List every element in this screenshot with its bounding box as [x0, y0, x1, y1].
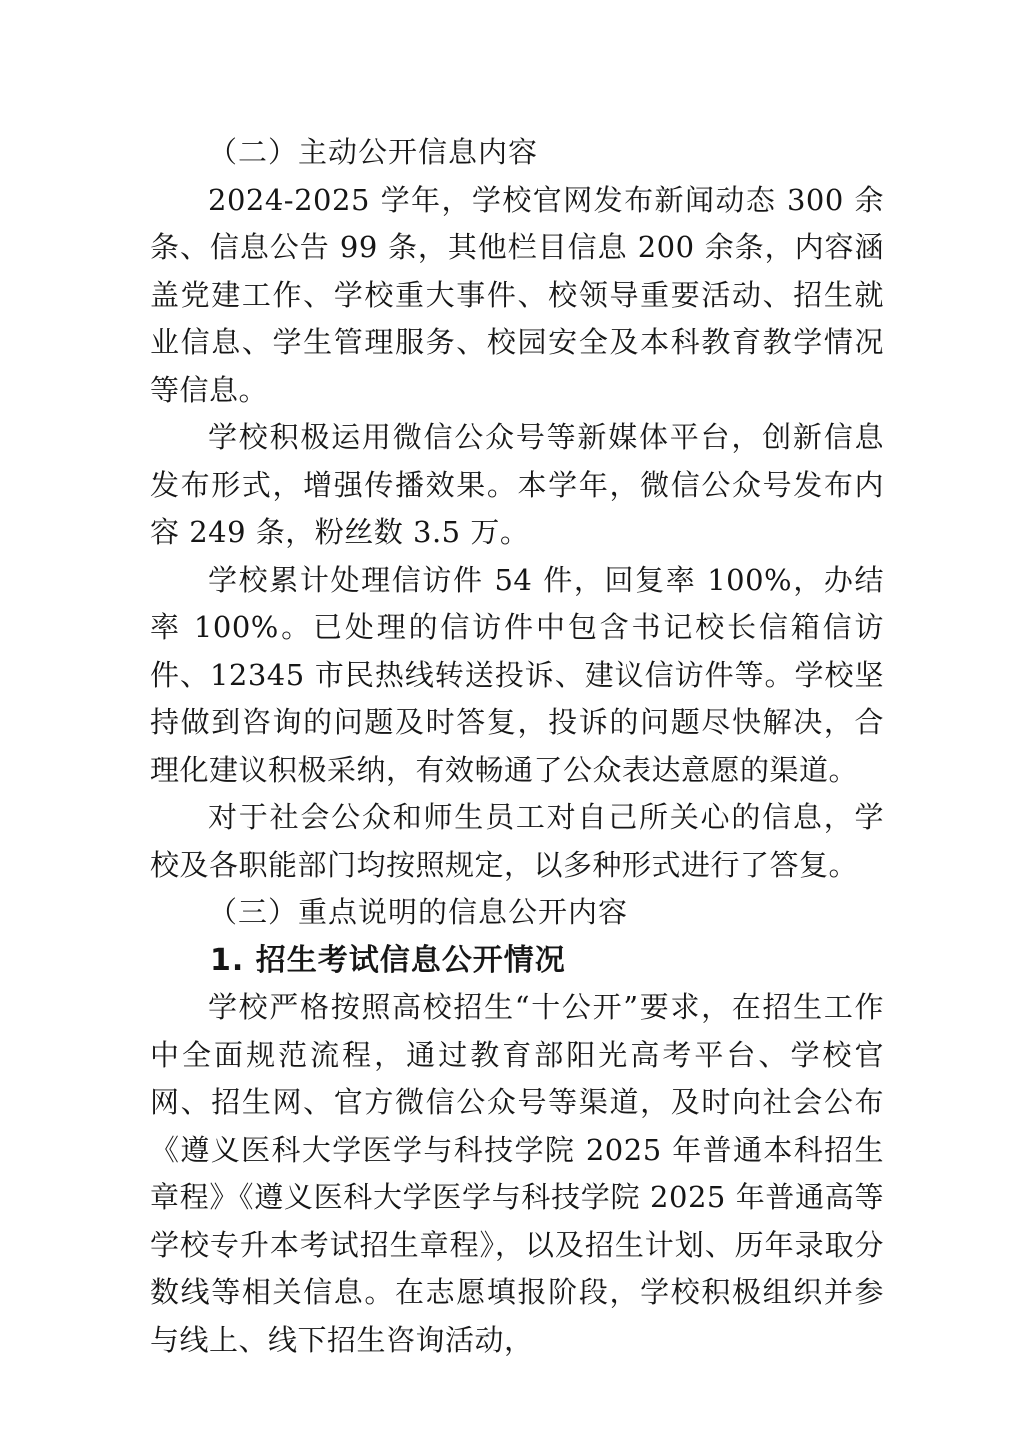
section-heading-2-active-disclosure: （二）主动公开信息内容	[150, 129, 884, 177]
section-heading-3-key-disclosure: （三）重点说明的信息公开内容	[150, 889, 884, 937]
document-page: （二）主动公开信息内容 2024-2025 学年，学校官网发布新闻动态 300 …	[0, 0, 1024, 1448]
paragraph-admissions-disclosure-details: 学校严格按照高校招生“十公开”要求，在招生工作中全面规范流程，通过教育部阳光高考…	[150, 984, 884, 1364]
subheading-1-admissions-exam-disclosure: 1. 招生考试信息公开情况	[150, 937, 884, 985]
paragraph-wechat-platform-stats: 学校积极运用微信公众号等新媒体平台，创新信息发布形式，增强传播效果。本学年，微信…	[150, 414, 884, 557]
paragraph-petition-handling-stats: 学校累计处理信访件 54 件，回复率 100%，办结率 100%。已处理的信访件…	[150, 557, 884, 795]
paragraph-official-website-stats: 2024-2025 学年，学校官网发布新闻动态 300 余条、信息公告 99 条…	[150, 177, 884, 415]
paragraph-public-replies: 对于社会公众和师生员工对自己所关心的信息，学校及各职能部门均按照规定，以多种形式…	[150, 794, 884, 889]
